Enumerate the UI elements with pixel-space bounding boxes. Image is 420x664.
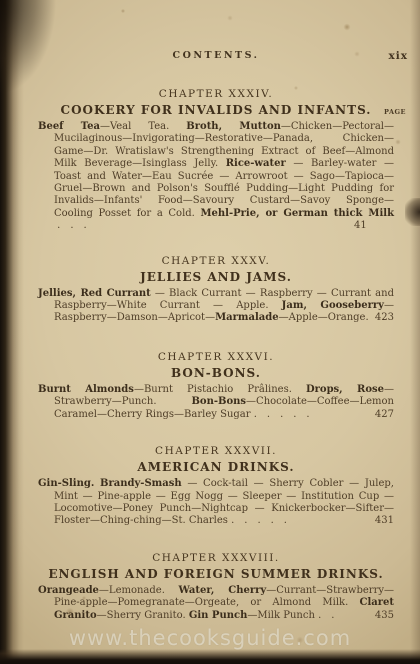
chapter-title: BON-BONS. — [38, 366, 394, 380]
page-header: CONTENTS. xix — [38, 50, 394, 64]
page-ref: 435 — [391, 610, 394, 622]
chapter-entry: Orangeade—Lemonade. Water, Cherry—Curran… — [38, 585, 394, 622]
entry-text: Jellies, Red Currant — Black Currant — R… — [38, 288, 394, 324]
entry-text: Beef Tea—Veal Tea. Broth, Mutton—Chicken… — [38, 121, 394, 219]
page-right-edge-shadow — [410, 0, 420, 664]
chapter-title: ENGLISH AND FOREIGN SUMMER DRINKS. — [38, 567, 394, 581]
leader-dots: . . . . . — [251, 409, 310, 420]
chapter-entry: Burnt Almonds—Burnt Pistachio Prâlines. … — [38, 384, 394, 421]
folio-page-number: xix — [388, 50, 408, 62]
leader-dots: . . . . . — [228, 515, 287, 526]
chapter-heading: CHAPTER XXXVII. — [38, 445, 394, 458]
leader-dots: . . . — [54, 220, 87, 231]
right-edge-ink-blot — [405, 198, 420, 226]
chapter-section-xxxvii: CHAPTER XXXVII. AMERICAN DRINKS. Gin-Sli… — [38, 445, 394, 528]
chapter-section-xxxiv: CHAPTER XXXIV. COOKERY FOR INVALIDS AND … — [38, 88, 394, 233]
chapter-heading: CHAPTER XXXIV. — [38, 88, 394, 101]
chapter-section-xxxviii: CHAPTER XXXVIII. ENGLISH AND FOREIGN SUM… — [38, 552, 394, 622]
watermark-text: www.thecooksguide.com — [0, 626, 420, 650]
entry-text: Gin-Sling. Brandy-Smash — Cock-tail — Sh… — [38, 478, 394, 526]
page-ref: 423 — [391, 312, 394, 324]
leader-dots: . . — [315, 610, 335, 621]
chapter-heading: CHAPTER XXXVIII. — [38, 552, 394, 565]
chapter-heading: CHAPTER XXXV. — [38, 255, 394, 268]
chapter-section-xxxv: CHAPTER XXXV. JELLIES AND JAMS. Jellies,… — [38, 255, 394, 325]
chapter-title: AMERICAN DRINKS. — [38, 460, 394, 474]
chapter-entry: Gin-Sling. Brandy-Smash — Cock-tail — Sh… — [38, 478, 394, 528]
contents-running-title: CONTENTS. — [38, 50, 394, 61]
page-ref: 431 — [391, 515, 394, 527]
page-column-label: PAGE — [384, 108, 406, 116]
contents-page: CONTENTS. xix CHAPTER XXXIV. COOKERY FOR… — [38, 0, 394, 622]
chapter-title: COOKERY FOR INVALIDS AND INFANTS. — [38, 103, 394, 117]
entry-text: Orangeade—Lemonade. Water, Cherry—Curran… — [38, 585, 394, 621]
chapter-entry: Beef Tea—Veal Tea. Broth, Mutton—Chicken… — [38, 121, 394, 233]
page-ref: 427 — [391, 409, 394, 421]
page-bottom-edge-shadow — [0, 649, 420, 664]
chapter-entry: Jellies, Red Currant — Black Currant — R… — [38, 288, 394, 325]
chapter-section-xxxvi: CHAPTER XXXVI. BON-BONS. Burnt Almonds—B… — [38, 351, 394, 421]
entry-text: Burnt Almonds—Burnt Pistachio Prâlines. … — [38, 384, 394, 420]
chapter-heading: CHAPTER XXXVI. — [38, 351, 394, 364]
chapter-title: JELLIES AND JAMS. — [38, 270, 394, 284]
